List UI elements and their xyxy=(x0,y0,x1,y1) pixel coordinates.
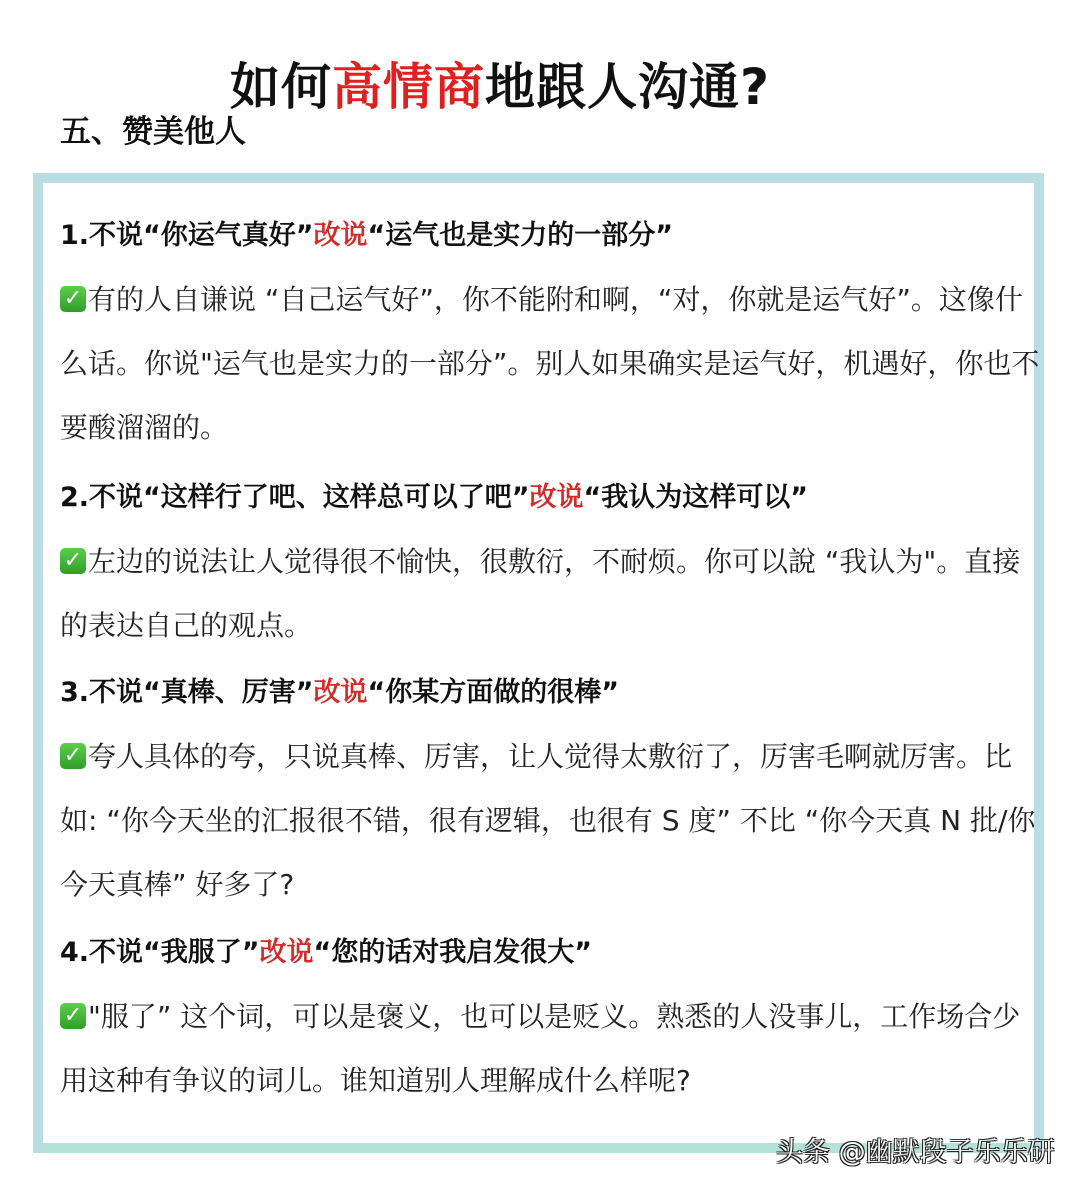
title-accent: 高情商 xyxy=(332,58,485,116)
title-prefix: 如何 xyxy=(230,58,332,116)
title-suffix: 地跟人沟通? xyxy=(485,58,770,116)
tip-body: ✓左边的说法让人觉得很不愉快，很敷衍，不耐烦。你可以說 “我认为"。直接的表达自… xyxy=(60,530,1040,658)
dont-say-label: 不说 xyxy=(89,677,143,708)
tip-item-3: 3.不说“真棒、厉害”改说“你某方面做的很棒” ✓夸人具体的夸，只说真棒、厉害，… xyxy=(60,673,1040,917)
watermark: 头条 @幽默段子乐乐研 xyxy=(776,1136,1055,1170)
check-box-icon: ✓ xyxy=(60,743,86,769)
tip-item-2: 2.不说“这样行了吧、这样总可以了吧”改说“我认为这样可以” ✓左边的说法让人觉… xyxy=(60,478,1040,658)
tip-item-4: 4.不说“我服了”改说“您的话对我启发很大” ✓"服了” 这个词，可以是褒义，也… xyxy=(60,933,1040,1113)
change-label: 改说 xyxy=(314,220,368,251)
dont-say-label: 不说 xyxy=(89,937,143,968)
tip-body-text: "服了” 这个词，可以是褒义，也可以是贬义。熟悉的人没事儿，工作场合少用这种有争… xyxy=(60,1000,1020,1097)
dont-say-phrase: “我服了” xyxy=(143,937,260,968)
change-label: 改说 xyxy=(530,482,584,513)
tip-item-1: 1.不说“你运气真好”改说“运气也是实力的一部分” ✓有的人自谦说 “自己运气好… xyxy=(60,216,1040,460)
tip-number: 1. xyxy=(60,220,89,251)
dont-say-phrase: “你运气真好” xyxy=(143,220,314,251)
dont-say-label: 不说 xyxy=(89,482,143,513)
tip-heading: 4.不说“我服了”改说“您的话对我启发很大” xyxy=(60,933,1040,973)
tip-heading: 2.不说“这样行了吧、这样总可以了吧”改说“我认为这样可以” xyxy=(60,478,1040,518)
tip-number: 2. xyxy=(60,482,89,513)
do-say-phrase: “我认为这样可以” xyxy=(584,482,809,513)
tip-heading: 1.不说“你运气真好”改说“运气也是实力的一部分” xyxy=(60,216,1040,256)
change-label: 改说 xyxy=(314,677,368,708)
tip-number: 3. xyxy=(60,677,89,708)
tip-body-text: 左边的说法让人觉得很不愉快，很敷衍，不耐烦。你可以說 “我认为"。直接的表达自己… xyxy=(60,545,1020,642)
dont-say-phrase: “真棒、厉害” xyxy=(143,677,314,708)
dont-say-label: 不说 xyxy=(89,220,143,251)
tip-heading: 3.不说“真棒、厉害”改说“你某方面做的很棒” xyxy=(60,673,1040,713)
content-box: 1.不说“你运气真好”改说“运气也是实力的一部分” ✓有的人自谦说 “自己运气好… xyxy=(33,173,1044,1153)
change-label: 改说 xyxy=(260,937,314,968)
do-say-phrase: “你某方面做的很棒” xyxy=(368,677,620,708)
check-box-icon: ✓ xyxy=(60,548,86,574)
section-heading: 五、赞美他人 xyxy=(60,108,246,156)
tip-body: ✓有的人自谦说 “自己运气好”，你不能附和啊，“对，你就是运气好”。这像什么话。… xyxy=(60,268,1040,460)
check-box-icon: ✓ xyxy=(60,286,86,312)
tip-body-text: 有的人自谦说 “自己运气好”，你不能附和啊，“对，你就是运气好”。这像什么话。你… xyxy=(60,283,1039,444)
check-box-icon: ✓ xyxy=(60,1003,86,1029)
tip-body-text: 夸人具体的夸，只说真棒、厉害，让人觉得太敷衍了，厉害毛啊就厉害。比如: “你今天… xyxy=(60,740,1035,901)
dont-say-phrase: “这样行了吧、这样总可以了吧” xyxy=(143,482,530,513)
do-say-phrase: “您的话对我启发很大” xyxy=(314,937,593,968)
tip-body: ✓"服了” 这个词，可以是褒义，也可以是贬义。熟悉的人没事儿，工作场合少用这种有… xyxy=(60,985,1040,1113)
tip-body: ✓夸人具体的夸，只说真棒、厉害，让人觉得太敷衍了，厉害毛啊就厉害。比如: “你今… xyxy=(60,725,1040,917)
do-say-phrase: “运气也是实力的一部分” xyxy=(368,220,674,251)
tip-number: 4. xyxy=(60,937,89,968)
